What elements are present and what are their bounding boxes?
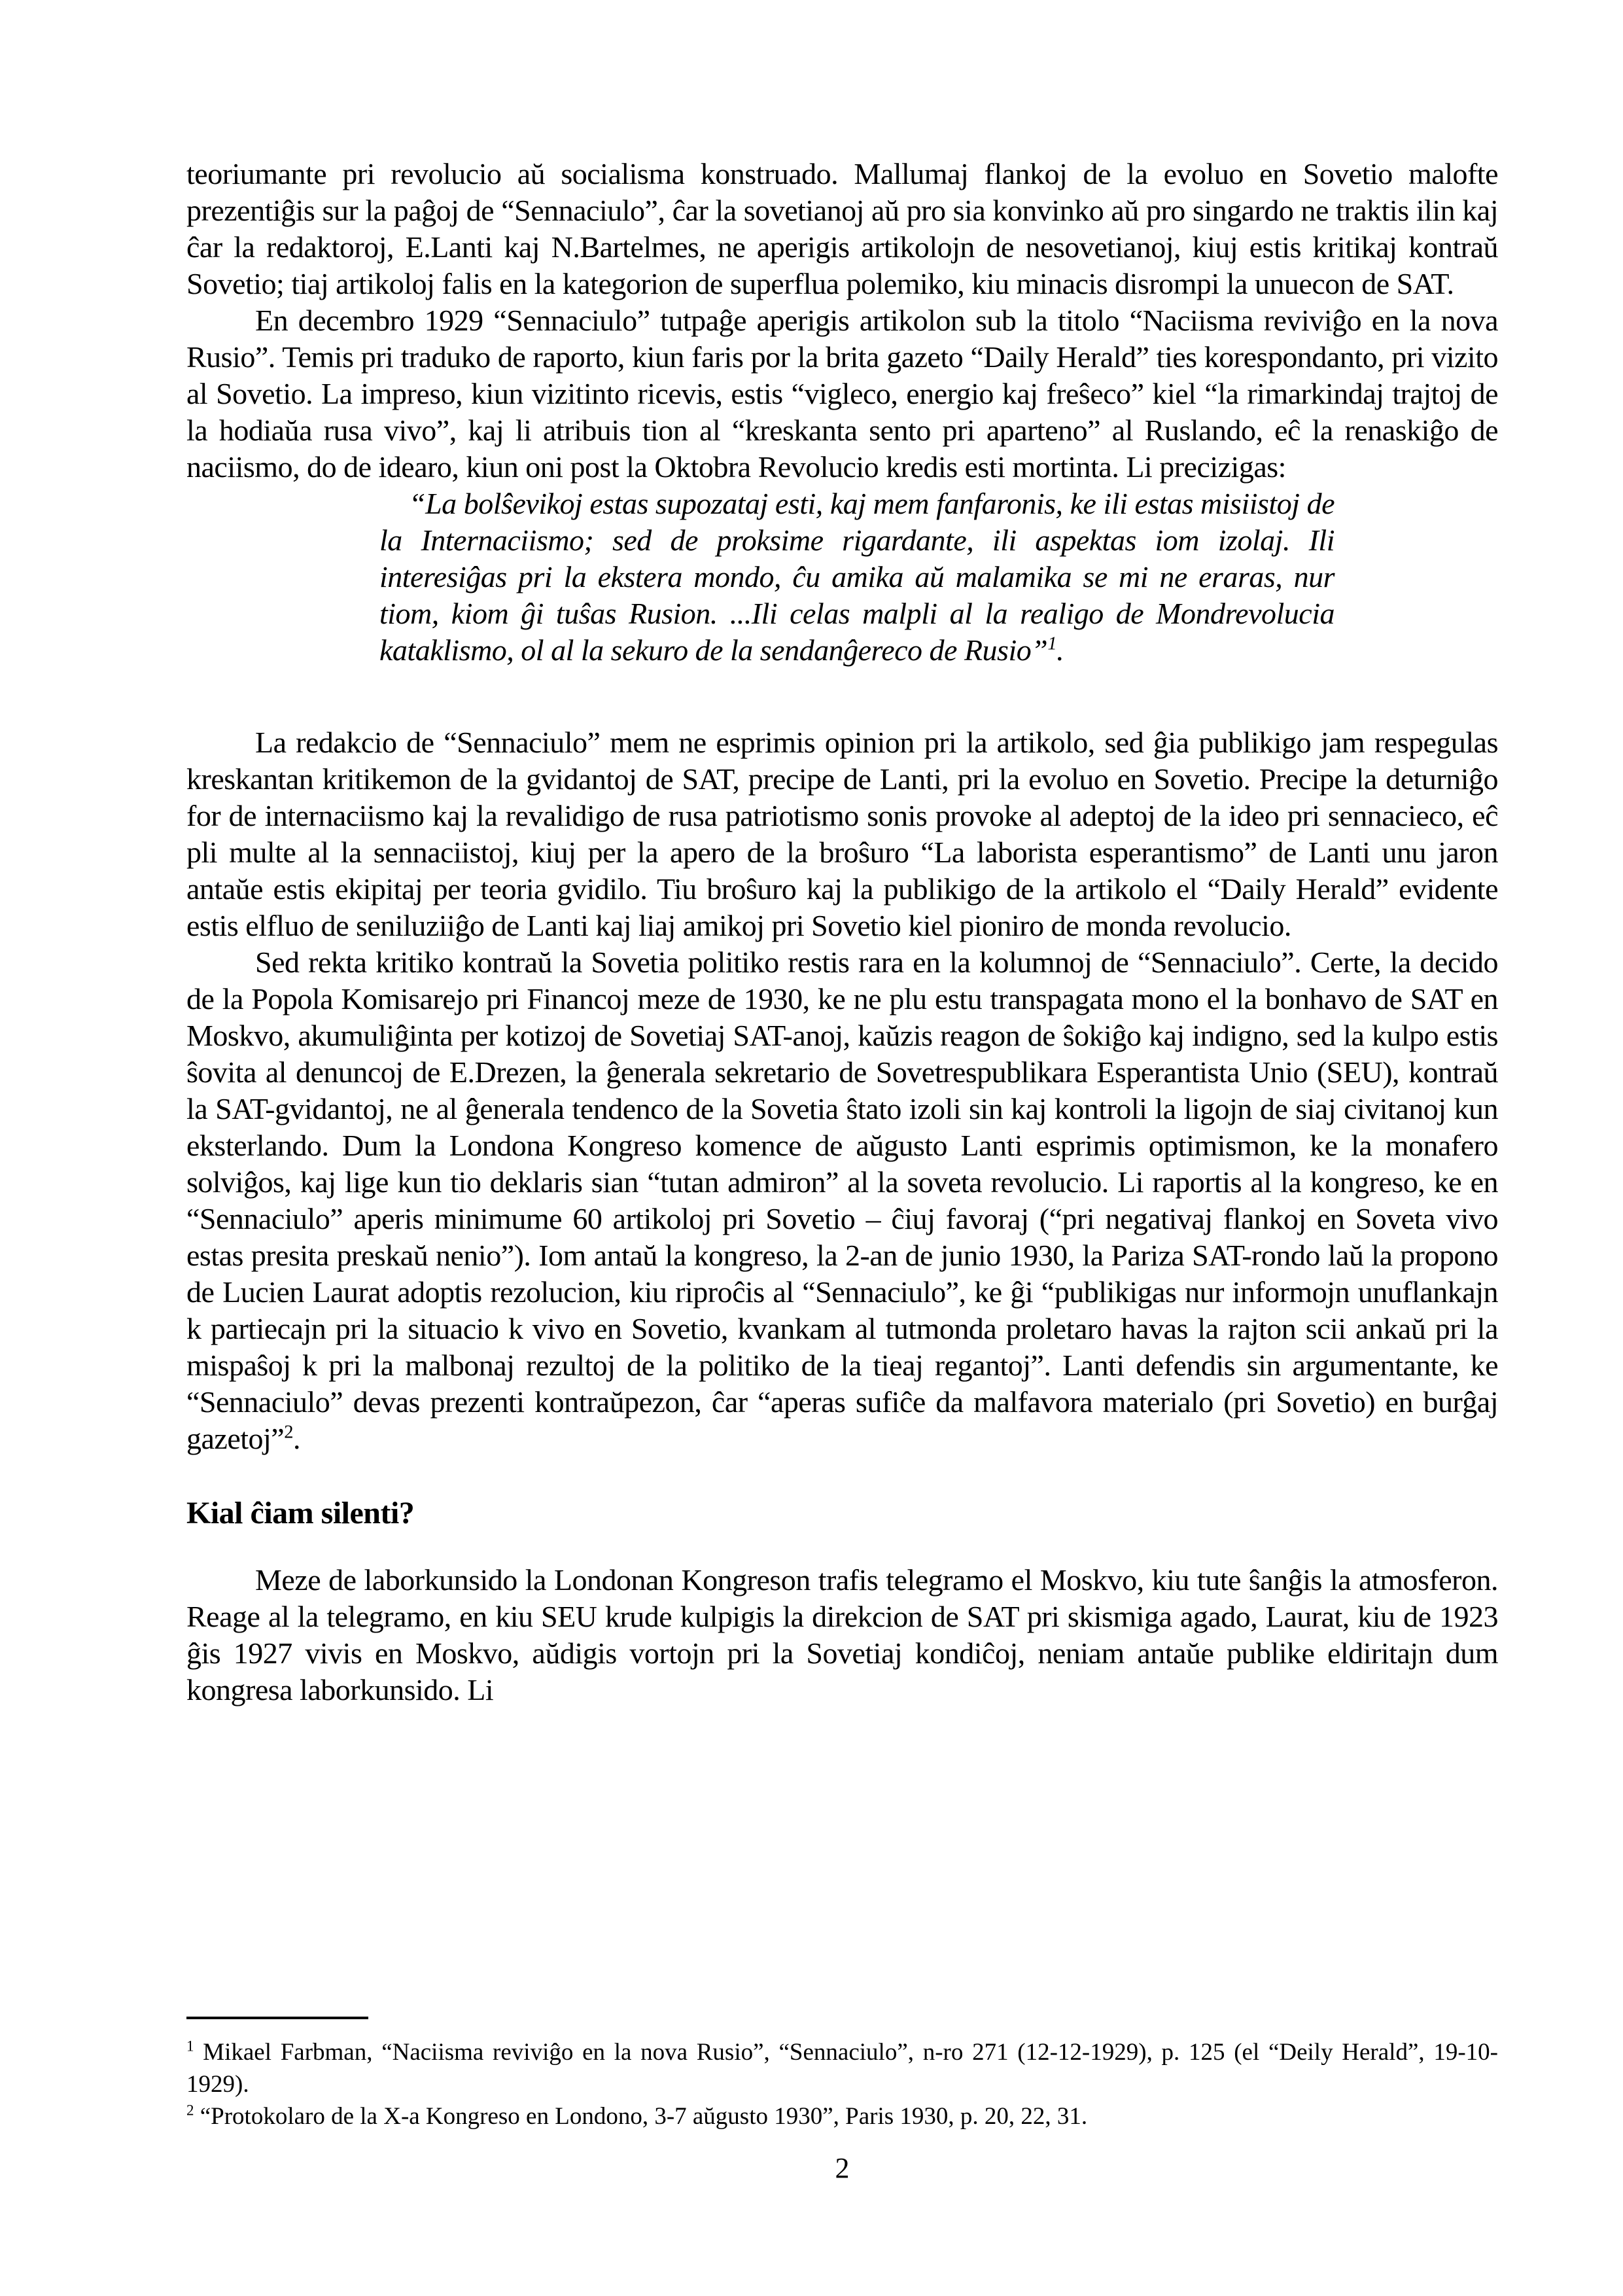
paragraph: Meze de laborkunsido la Londonan Kongres… <box>186 1562 1498 1708</box>
paragraph: La redakcio de “Sennaciulo” mem ne espri… <box>186 724 1498 944</box>
footnote-ref: 1 <box>1047 634 1056 654</box>
document-body: teoriumante pri revolucio aŭ socialisma … <box>186 156 1498 1708</box>
paragraph: teoriumante pri revolucio aŭ socialisma … <box>186 156 1498 302</box>
footnote: 1 Mikael Farbman, “Naciisma reviviĝo en … <box>186 2036 1498 2100</box>
section-heading: Kial ĉiam silenti? <box>186 1495 1498 1532</box>
document-page: teoriumante pri revolucio aŭ socialisma … <box>0 0 1623 2296</box>
paragraph: En decembro 1929 “Sennaciulo” tutpaĝe ap… <box>186 302 1498 486</box>
footnote-marker: 2 <box>186 2102 194 2119</box>
footnotes-section: 1 Mikael Farbman, “Naciisma reviviĝo en … <box>186 2017 1498 2132</box>
footnote-ref: 2 <box>284 1422 293 1443</box>
paragraph: Sed rekta kritiko kontraŭ la Sovetia pol… <box>186 944 1498 1457</box>
footnote: 2 “Protokolaro de la X-a Kongreso en Lon… <box>186 2100 1498 2132</box>
footnote-separator-rule <box>186 2017 368 2019</box>
quote-block: “La bolŝevikoj estas supozataj esti, kaj… <box>379 486 1335 669</box>
footnotes-list: 1 Mikael Farbman, “Naciisma reviviĝo en … <box>186 2036 1498 2132</box>
page-number: 2 <box>186 2151 1498 2185</box>
footnote-marker: 1 <box>186 2038 194 2055</box>
